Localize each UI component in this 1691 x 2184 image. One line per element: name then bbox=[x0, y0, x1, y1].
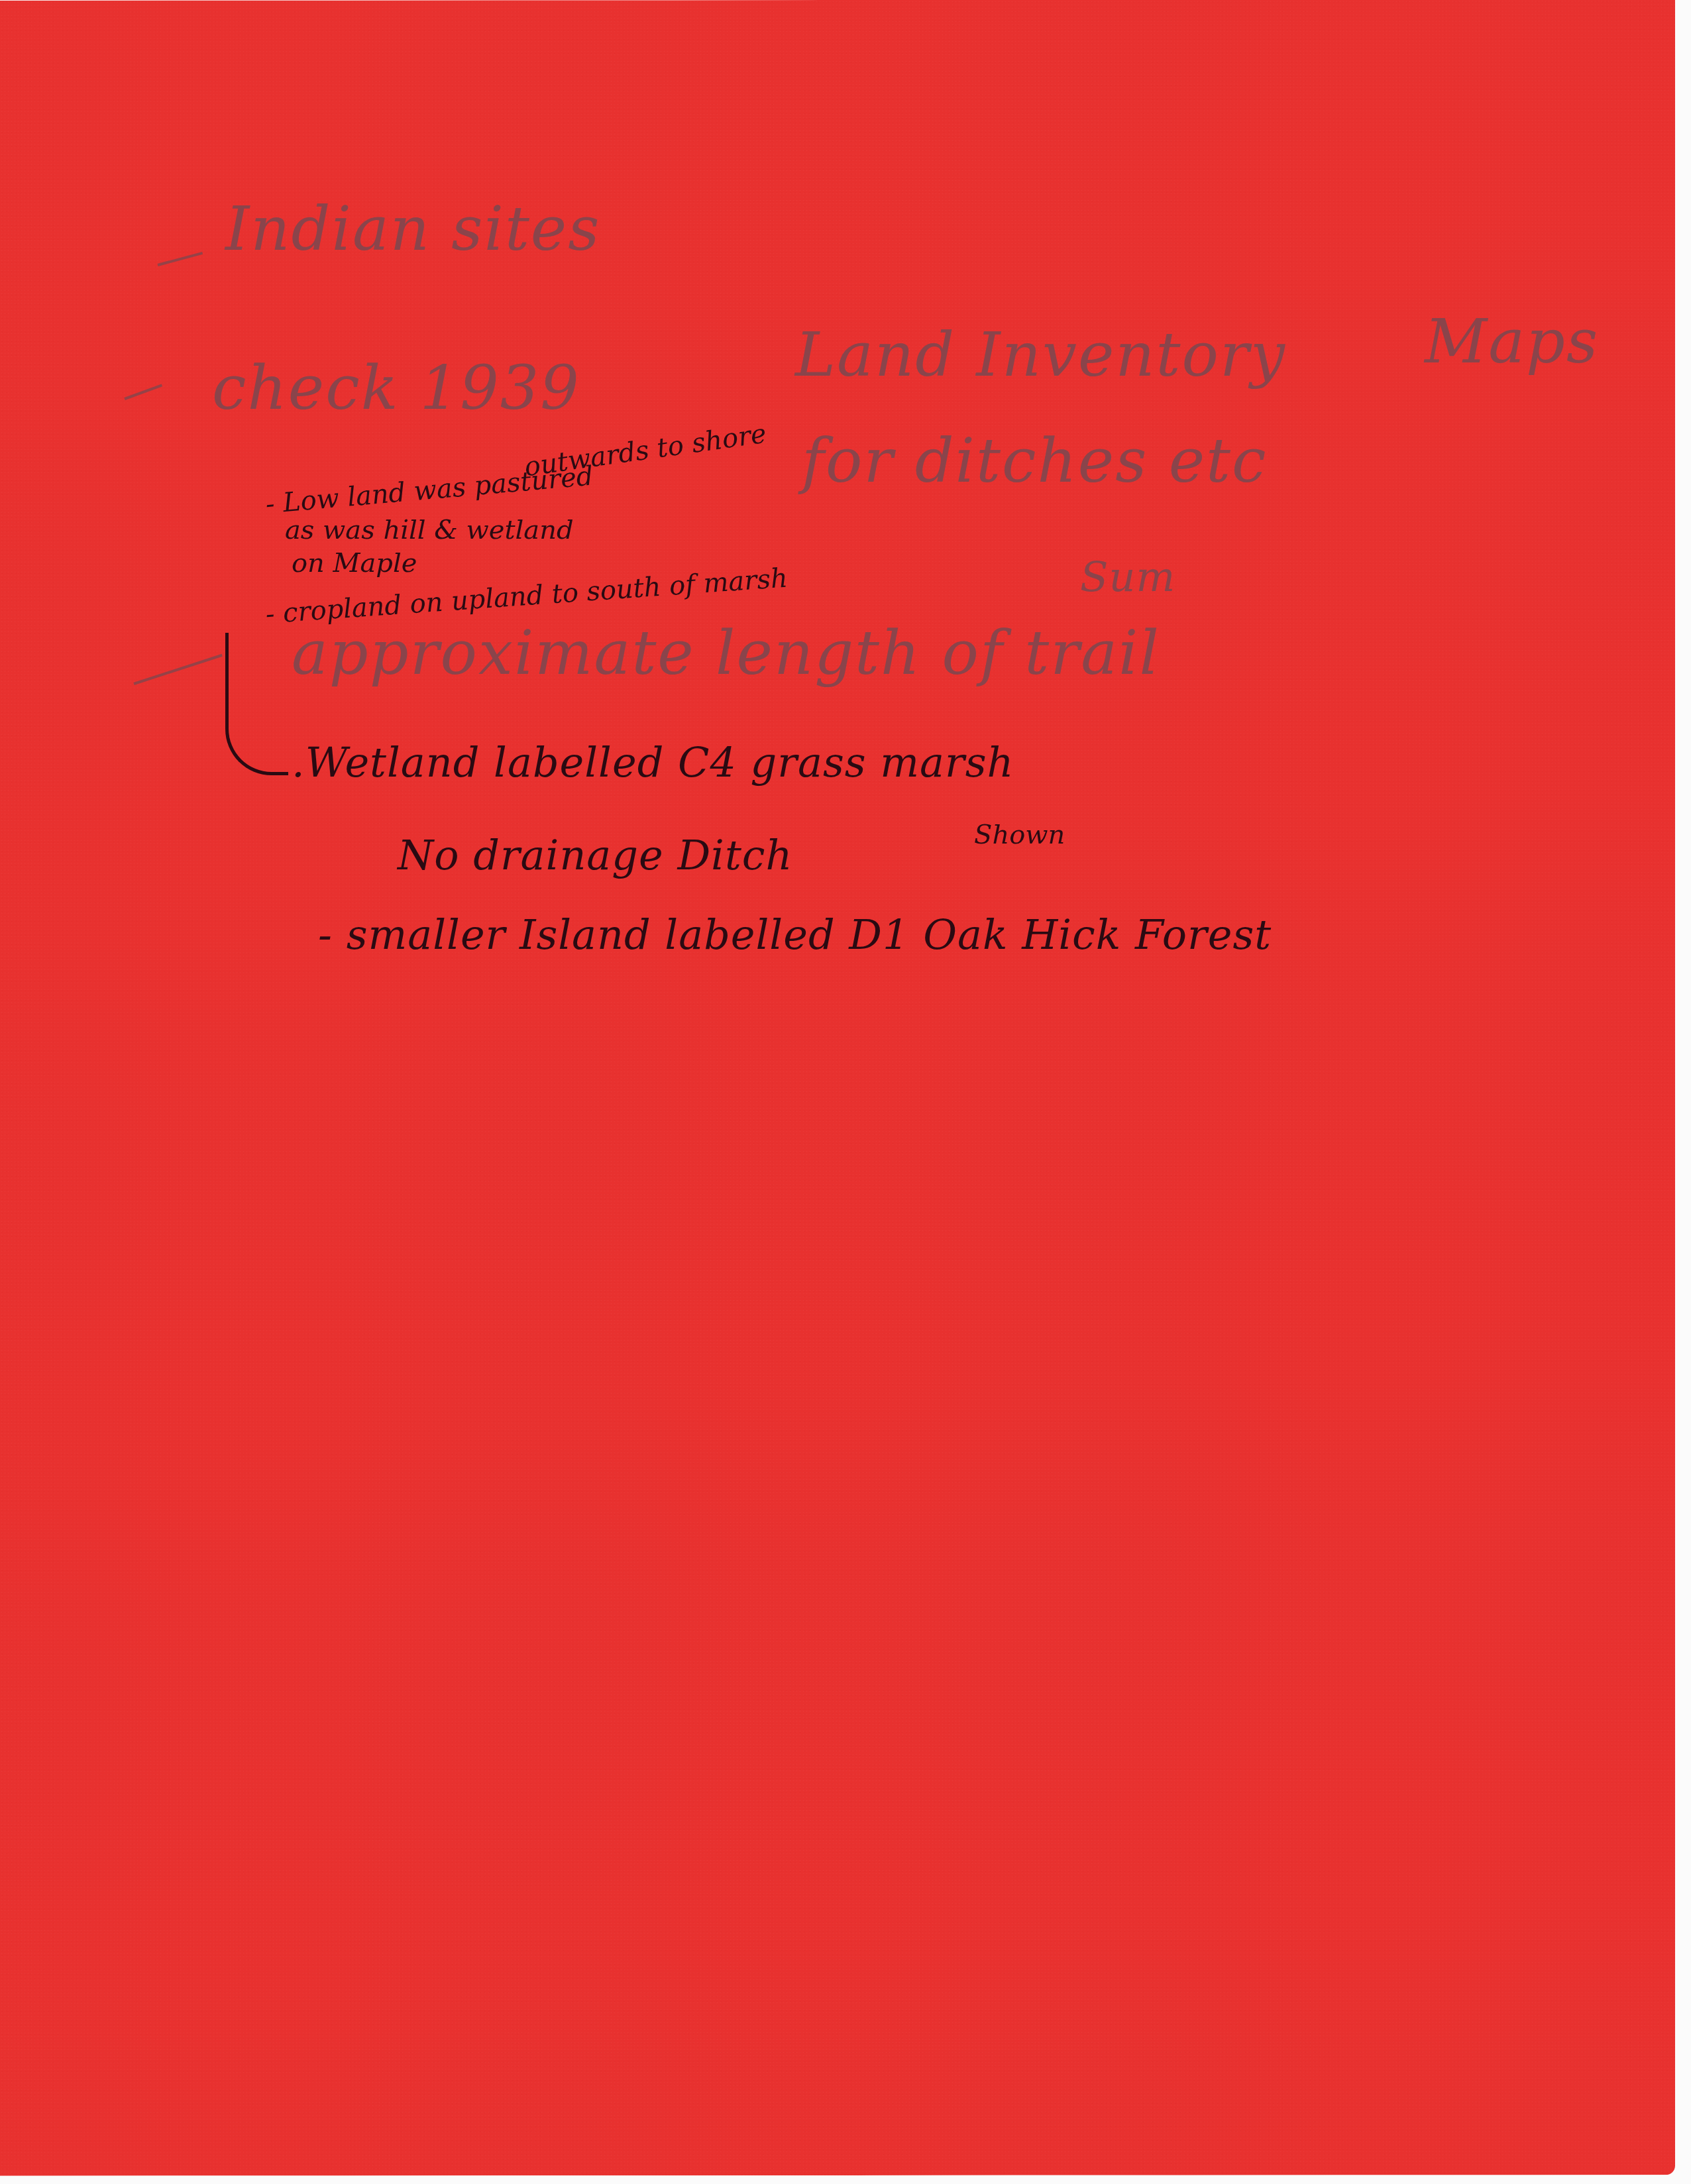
bracket-mark bbox=[225, 633, 288, 775]
note-wetland-c4: .Wetland labelled C4 grass marsh bbox=[292, 742, 1014, 783]
note-sum: Sum bbox=[1080, 557, 1175, 598]
note-hill-wetland: as was hill & wetland bbox=[285, 517, 574, 543]
note-for-ditches: for ditches etc bbox=[802, 431, 1268, 492]
note-smaller-island-d1: - smaller Island labelled D1 Oak Hick Fo… bbox=[318, 914, 1272, 955]
note-check-1939: check 1939 bbox=[212, 358, 580, 419]
note-indian-sites: Indian sites bbox=[225, 199, 601, 260]
note-on-maple: on Maple bbox=[292, 550, 417, 576]
note-maps: Maps bbox=[1425, 311, 1599, 372]
note-no-drainage-ditch: No drainage Ditch bbox=[398, 835, 793, 876]
note-shown: Shown bbox=[974, 822, 1065, 848]
note-land-inventory: Land Inventory bbox=[795, 325, 1286, 386]
note-approximate-length-of-trail: approximate length of trail bbox=[292, 623, 1160, 684]
